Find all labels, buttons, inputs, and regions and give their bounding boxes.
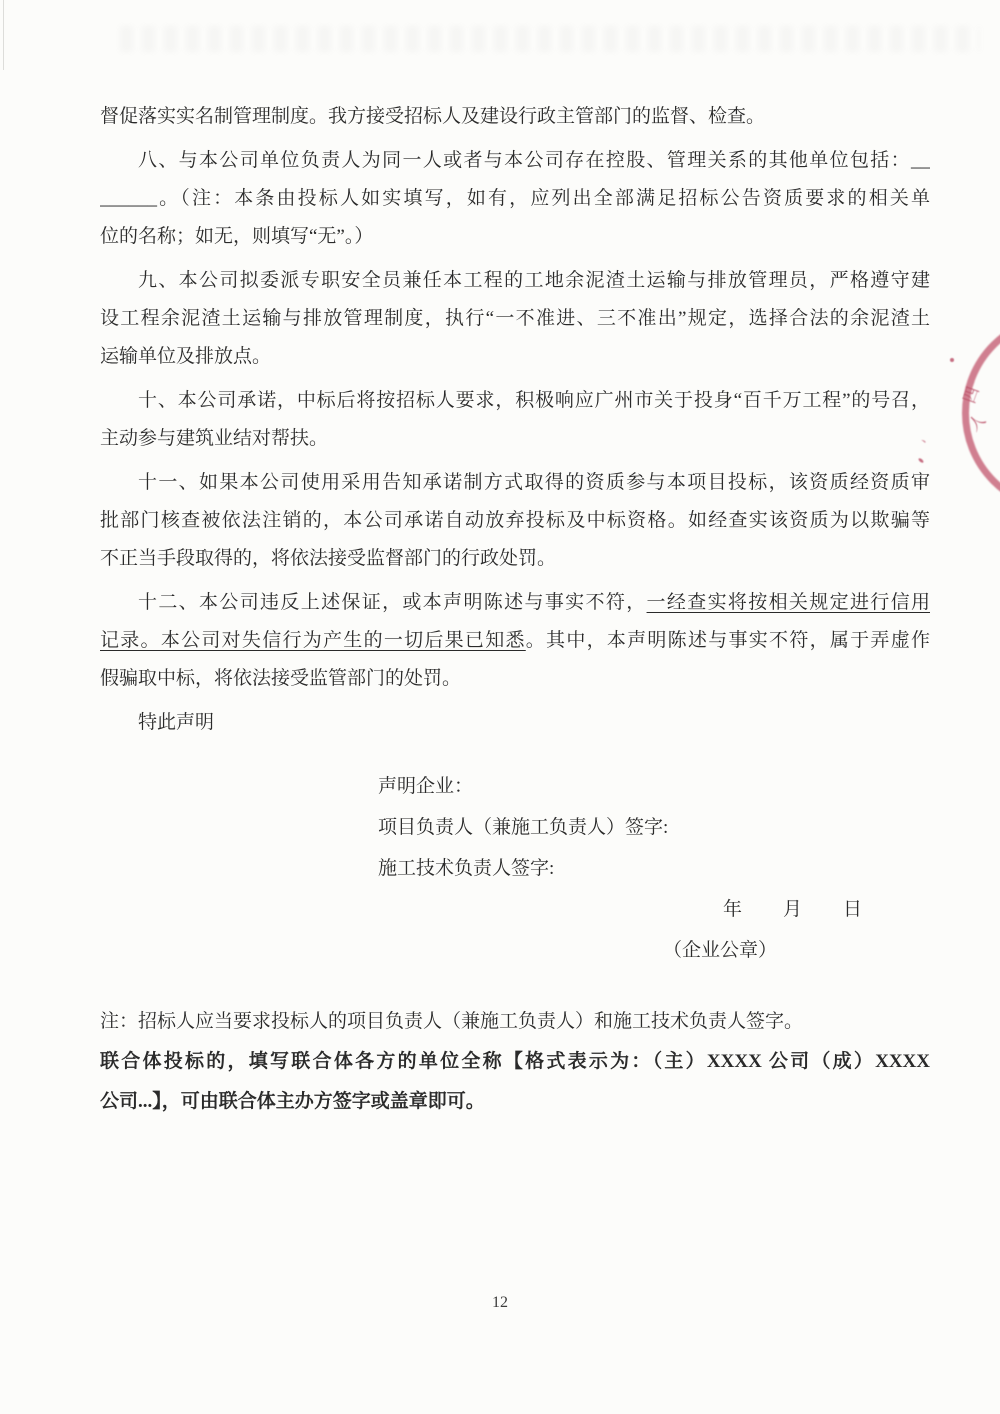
company-seal-note: （企业公章） [663, 930, 930, 971]
text-segment: 一经查实将按相关规定进行信用 [647, 592, 930, 613]
text-segment: 声明企业： [378, 776, 473, 797]
document-content: 督促落实实名制管理制度。我方接受招标人及建设行政主管部门的监督、检查。八、与本公… [100, 98, 930, 1122]
text-segment: 十、本公司承诺，中标后将按招标人要求，积极响应广州市关于投身“百千万工程”的号召… [138, 390, 930, 411]
text-segment: 运输单位及排放点。 [100, 346, 271, 367]
scan-edge-artifact [3, 0, 4, 70]
text-line: 十、本公司承诺，中标后将按招标人要求，积极响应广州市关于投身“百千万工程”的号召… [100, 382, 930, 420]
text-segment: 注：招标人应当要求投标人的项目负责人（兼施工负责人）和施工技术负责人签字。 [100, 1011, 803, 1032]
text-line: 主动参与建筑业结对帮扶。 [100, 420, 930, 458]
text-segment: 。其中，本声明陈述与事实不符，属于弄虚作 [526, 630, 930, 651]
text-line: 记录。本公司对失信行为产生的一切后果已知悉。其中，本声明陈述与事实不符，属于弄虚… [100, 622, 930, 660]
text-segment: 假骗取中标，将依法接受监管部门的处罚。 [100, 668, 461, 689]
text-line: 项目负责人（兼施工负责人）签字: [378, 807, 930, 848]
date-line: 年 月 日 [723, 889, 930, 930]
text-segment: 特此声明 [138, 712, 214, 733]
text-line: 十一、如果本公司使用采用告知承诺制方式取得的资质参与本项目投标，该资质经资质审 [100, 464, 930, 502]
text-segment: 九、本公司拟委派专职安全员兼任本工程的工地余泥渣土运输与排放管理员，严格遵守建 [138, 270, 930, 291]
text-line: 督促落实实名制管理制度。我方接受招标人及建设行政主管部门的监督、检查。 [100, 98, 930, 136]
text-segment: ______。（注：本条由投标人如实填写，如有，应列出全部满足招标公告资质要求的… [100, 188, 930, 209]
document-page: 督促落实实名制管理制度。我方接受招标人及建设行政主管部门的监督、检查。八、与本公… [0, 0, 1000, 1414]
text-line: 特此声明 [100, 704, 930, 742]
footnote-block: 注：招标人应当要求投标人的项目负责人（兼施工负责人）和施工技术负责人签字。联合体… [100, 1002, 930, 1122]
text-segment: 位的名称；如无，则填写“无”。） [100, 226, 373, 247]
text-line: 位的名称；如无，则填写“无”。） [100, 218, 930, 256]
text-line: 不正当手段取得的，将依法接受监督部门的行政处罚。 [100, 540, 930, 578]
text-segment: 十二、本公司违反上述保证，或本声明陈述与事实不符， [138, 592, 647, 613]
text-line: 八、与本公司单位负责人为同一人或者与本公司存在控股、管理关系的其他单位包括：__ [100, 142, 930, 180]
text-line: 九、本公司拟委派专职安全员兼任本工程的工地余泥渣土运输与排放管理员，严格遵守建 [100, 262, 930, 300]
text-segment: 公司...】，可由联合体主办方签字或盖章即可。 [100, 1091, 485, 1112]
stamp-dot [950, 358, 954, 362]
text-segment: 不正当手段取得的，将依法接受监督部门的行政处罚。 [100, 548, 556, 569]
body-paragraphs: 督促落实实名制管理制度。我方接受招标人及建设行政主管部门的监督、检查。八、与本公… [100, 98, 930, 742]
text-line: 声明企业： [378, 766, 930, 807]
text-line: 注：招标人应当要求投标人的项目负责人（兼施工负责人）和施工技术负责人签字。 [100, 1002, 930, 1042]
text-line: 设工程余泥渣土运输与排放管理制度，执行“一不准进、三不准出”规定，选择合法的余泥… [100, 300, 930, 338]
text-line: 联合体投标的，填写联合体各方的单位全称【格式表示为：（主）XXXX 公司（成）X… [100, 1042, 930, 1082]
bleedthrough-artifact [120, 26, 980, 52]
text-segment: 八、与本公司单位负责人为同一人或者与本公司存在控股、管理关系的其他单位包括：__ [138, 150, 930, 171]
text-segment: 督促落实实名制管理制度。我方接受招标人及建设行政主管部门的监督、检查。 [100, 106, 765, 127]
text-line: 十二、本公司违反上述保证，或本声明陈述与事实不符，一经查实将按相关规定进行信用 [100, 584, 930, 622]
signature-block: 声明企业：项目负责人（兼施工负责人）签字:施工技术负责人签字: [378, 766, 930, 889]
text-line: 施工技术负责人签字: [378, 848, 930, 889]
text-line: ______。（注：本条由投标人如实填写，如有，应列出全部满足招标公告资质要求的… [100, 180, 930, 218]
page-number: 12 [0, 1294, 1000, 1312]
text-segment: 联合体投标的，填写联合体各方的单位全称【格式表示为：（主）XXXX 公司（成）X… [100, 1051, 930, 1072]
text-segment: 十一、如果本公司使用采用告知承诺制方式取得的资质参与本项目投标，该资质经资质审 [138, 472, 930, 493]
text-segment: 批部门核查被依法注销的，本公司承诺自动放弃投标及中标资格。如经查实该资质为以欺骗… [100, 510, 930, 531]
text-line: 运输单位及排放点。 [100, 338, 930, 376]
text-line: 批部门核查被依法注销的，本公司承诺自动放弃投标及中标资格。如经查实该资质为以欺骗… [100, 502, 930, 540]
text-segment: 记录。本公司对失信行为产生的一切后果已知悉 [100, 630, 526, 651]
text-segment: 项目负责人（兼施工负责人）签字: [378, 817, 668, 838]
text-line: 公司...】，可由联合体主办方签字或盖章即可。 [100, 1082, 930, 1122]
text-segment: 设工程余泥渣土运输与排放管理制度，执行“一不准进、三不准出”规定，选择合法的余泥… [100, 308, 930, 329]
text-segment: 施工技术负责人签字: [378, 858, 554, 879]
text-segment: 主动参与建筑业结对帮扶。 [100, 428, 328, 449]
text-line: 假骗取中标，将依法接受监管部门的处罚。 [100, 660, 930, 698]
